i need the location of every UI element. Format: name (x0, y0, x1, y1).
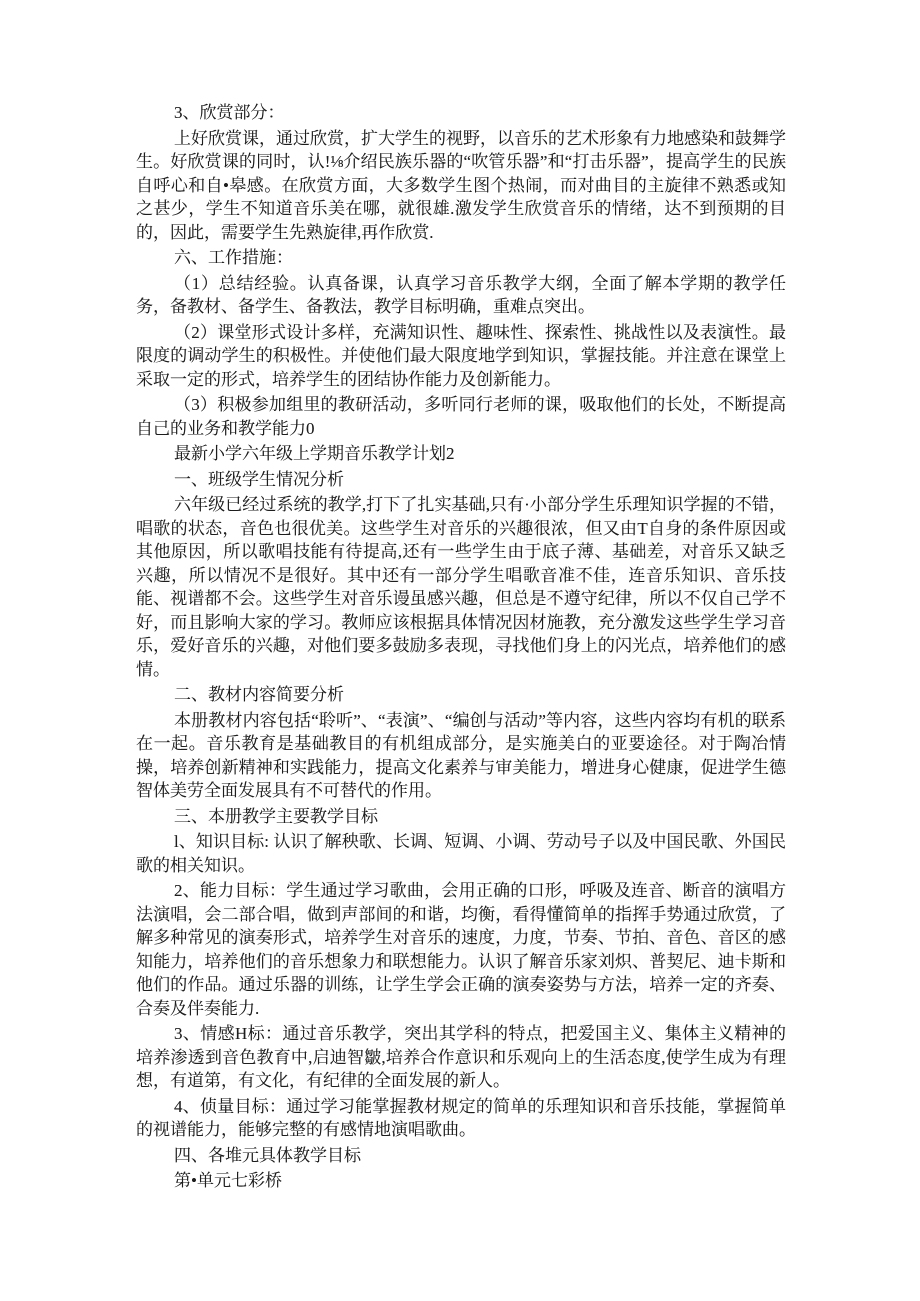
paragraph: 本册教材内容包括“聆听”、“表演”、“编创与活动”等内容，这些内容均有机的联系在… (136, 709, 786, 803)
paragraph: （3）积极参加组里的教研活动，多听同行老师的课，吸取他们的长处，不断提高自己的业… (136, 393, 786, 440)
paragraph: 2、能力目标：学生通过学习歌曲，会用正确的口形，呼吸及连音、断音的演唱方法演唱，… (136, 879, 786, 1020)
paragraph: l、知识目标: 认识了解秧歌、长调、短调、小调、劳动号子以及中国民歌、外国民歌的… (136, 830, 786, 877)
paragraph: 四、各堆元具体教学目标 (136, 1144, 786, 1168)
paragraph: 六年级已经过系统的教学,打下了扎实基础,只有·小部分学生乐理知识学握的不错，唱歌… (136, 493, 786, 681)
paragraph: 3、情感H标：通过音乐教学，突出其学科的特点，把爱国主义、集体主义精神的培养渗透… (136, 1022, 786, 1093)
paragraph: 三、本册教学主要教学目标 (136, 805, 786, 829)
paragraph: 六、工作措施： (136, 246, 786, 270)
paragraph: 上好欣赏课，通过欣赏，扩大学生的视野，以音乐的艺术形象有力地感染和鼓舞学生。好欣… (136, 127, 786, 245)
paragraph: 第•单元七彩桥 (136, 1169, 786, 1193)
document-page: 3、欣赏部分：上好欣赏课，通过欣赏，扩大学生的视野，以音乐的艺术形象有力地感染和… (0, 0, 920, 1301)
paragraph: 3、欣赏部分： (136, 101, 786, 125)
paragraph: 4、侦量目标：通过学习能掌握教材规定的简单的乐理知识和音乐技能，掌握简单的视谱能… (136, 1095, 786, 1142)
paragraph: （1）总结经验。认真备课，认真学习音乐教学大纲，全面了解本学期的教学任务，备教材… (136, 272, 786, 319)
paragraph: 一、班级学生情况分析 (136, 468, 786, 492)
paragraph: 最新小学六年级上学期音乐教学计划2 (136, 442, 786, 466)
paragraph: 二、教材内容简要分析 (136, 683, 786, 707)
paragraph: （2）课堂形式设计多样，充满知识性、趣味性、探索性、挑战性以及表演性。最限度的调… (136, 321, 786, 392)
document-text-block: 3、欣赏部分：上好欣赏课，通过欣赏，扩大学生的视野，以音乐的艺术形象有力地感染和… (136, 101, 786, 1195)
